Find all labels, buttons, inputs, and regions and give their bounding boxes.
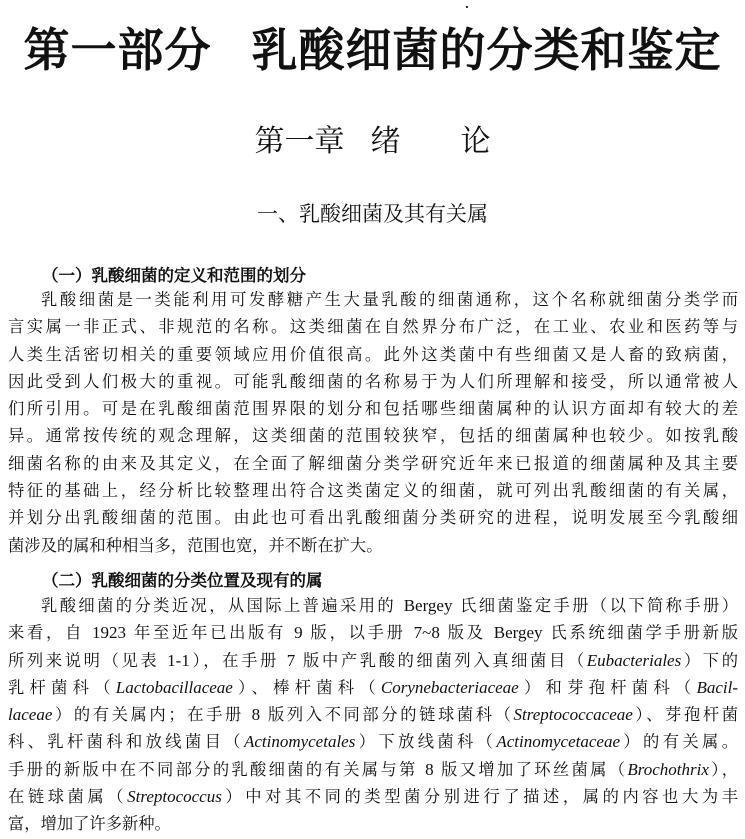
chapter-word-2: 论: [461, 124, 491, 159]
text-line: 乳酸细菌是一类能利用可发酵糖产生大量乳酸的细菌通称，这个名称就细菌分类学而: [8, 286, 738, 313]
text-line: 细菌名称的由来及其定义，在全面了解细菌分类学研究近年来已报道的细菌属种及其主要: [8, 450, 738, 477]
text-line: 言实属一非正式、非规范的名称。这类细菌在自然界分布广泛，在工业、农业和医药等与: [8, 313, 738, 340]
part-title: 第一部分乳酸细菌的分类和鉴定: [0, 14, 745, 80]
subsection-heading-1: （一）乳酸细菌的定义和范围的划分: [42, 262, 306, 286]
text-line: 富，增加了许多新种。: [8, 810, 738, 837]
chapter-label: 第一章: [255, 124, 345, 159]
text-line: 在链球菌属（Streptococcus）中对其不同的类型菌分别进行了描述，属的内…: [8, 783, 738, 810]
paragraph-2: 乳酸细菌的分类近况，从国际上普遍采用的 Bergey 氏细菌鉴定手册（以下简称手…: [8, 592, 738, 838]
text-line: 乳杆菌科（Lactobacillaceae）、棒杆菌科（Corynebacter…: [8, 674, 738, 701]
chapter-title: 第一章绪论: [0, 116, 745, 160]
text-line: 菌涉及的属和种相当多，范围也宽，并不断在扩大。: [8, 532, 738, 559]
text-line: 因此受到人们极大的重视。可能乳酸细菌的名称易于为人们所理解和接受，所以通常被人: [8, 368, 738, 395]
scan-speck: [466, 6, 468, 8]
text-line: 科、乳杆菌科和放线菌目（Actinomycetales）下放线菌科（Actino…: [8, 728, 738, 755]
text-line: 异。通常按传统的观念理解，这类细菌的范围较狭窄，包括的细菌属种也较少。如按乳酸: [8, 422, 738, 449]
text-line: 来看，自 1923 年至近年已出版有 9 版，以手册 7~8 版及 Bergey…: [8, 619, 738, 646]
part-name: 乳酸细菌的分类和鉴定: [252, 23, 722, 77]
chapter-word-1: 绪: [371, 124, 401, 159]
text-line: 所列来说明（见表 1-1），在手册 7 版中产乳酸的细菌列入真细菌目（Eubac…: [8, 647, 738, 674]
text-line: 乳酸细菌的分类近况，从国际上普遍采用的 Bergey 氏细菌鉴定手册（以下简称手…: [8, 592, 738, 619]
part-label: 第一部分: [24, 23, 212, 77]
text-line: 人类生活密切相关的重要领域应用价值很高。此外这类菌中有些细菌又是人畜的致病菌，: [8, 341, 738, 368]
text-line: 并划分出乳酸细菌的范围。由此也可看出乳酸细菌分类研究的进程，说明发展至今乳酸细: [8, 504, 738, 531]
text-line: 手册的新版中在不同部分的乳酸细菌的有关属与第 8 版又增加了环丝菌属（Broch…: [8, 756, 738, 783]
text-line: 们所引用。可是在乳酸细菌范围界限的划分和包括哪些细菌属种的认识方面却有较大的差: [8, 395, 738, 422]
paragraph-1: 乳酸细菌是一类能利用可发酵糖产生大量乳酸的细菌通称，这个名称就细菌分类学而 言实…: [8, 286, 738, 559]
section-title: 一、乳酸细菌及其有关属: [0, 198, 745, 228]
text-line: laceae）的有关属内；在手册 8 版列入不同部分的链球菌科（Streptoc…: [8, 701, 738, 728]
subsection-heading-2: （二）乳酸细菌的分类位置及现有的属: [42, 567, 323, 591]
text-line: 特征的基础上，经分析比较整理出符合这类菌定义的细菌，就可列出乳酸细菌的有关属，: [8, 477, 738, 504]
